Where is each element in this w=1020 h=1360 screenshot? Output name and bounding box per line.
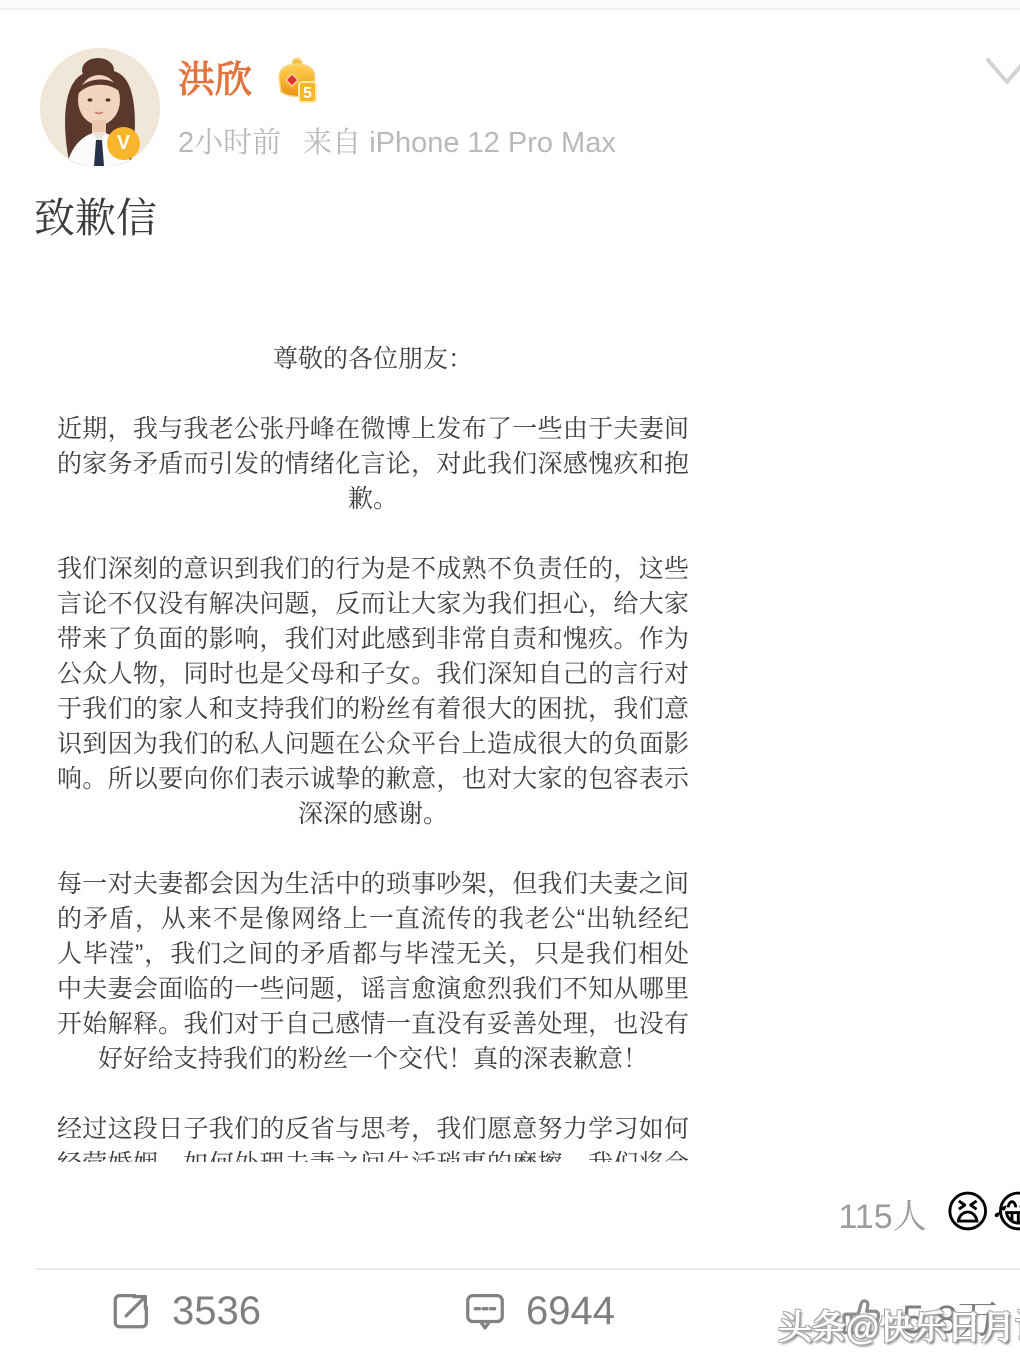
laughing-emoji: 😂 bbox=[993, 1186, 1020, 1240]
tired-face-emoji: 😫 bbox=[945, 1186, 991, 1240]
vip-crown-level5-icon: 5 bbox=[272, 56, 322, 110]
watermark: 头条@快乐日月谈 bbox=[778, 1300, 1020, 1349]
letter-paragraph: 近期，我与我老公张丹峰在微博上发布了一些由于夫妻间的家务矛盾而引发的情绪化言论，… bbox=[57, 412, 689, 517]
weibo-post: V 洪欣 5 2小时前来自 iPhone 12 Pro Max 致歉信 尊敬的各… bbox=[0, 0, 1020, 1360]
reactions-row[interactable]: 115人 😫 😂 bbox=[838, 1186, 1020, 1240]
avatar-image bbox=[40, 48, 160, 168]
author-name[interactable]: 洪欣 bbox=[178, 56, 252, 104]
comment-button[interactable]: 6944 bbox=[462, 1288, 615, 1334]
letter-paragraph: 经过这段日子我们的反省与思考，我们愿意努力学习如何经营婚姻，如何处理夫妻之间生活… bbox=[57, 1112, 689, 1162]
post-meta: 2小时前来自 iPhone 12 Pro Max bbox=[178, 124, 616, 162]
post-source[interactable]: 来自 iPhone 12 Pro Max bbox=[303, 127, 616, 159]
letter-salutation: 尊敬的各位朋友： bbox=[57, 342, 689, 377]
svg-text:5: 5 bbox=[303, 85, 312, 102]
post-title: 致歉信 bbox=[34, 192, 157, 244]
letter-paragraph: 每一对夫妻都会因为生活中的琐事吵架，但我们夫妻之间的矛盾，从来不是像网络上一直流… bbox=[57, 867, 689, 1077]
repost-icon bbox=[108, 1288, 154, 1334]
comment-count: 6944 bbox=[526, 1289, 615, 1334]
toolbar-divider bbox=[35, 1268, 1020, 1270]
top-divider bbox=[0, 0, 1020, 10]
apology-letter-image[interactable]: 尊敬的各位朋友： 近期，我与我老公张丹峰在微博上发布了一些由于夫妻间的家务矛盾而… bbox=[57, 342, 689, 1162]
repost-button[interactable]: 3536 bbox=[108, 1288, 261, 1334]
avatar[interactable] bbox=[40, 48, 160, 168]
chevron-down-icon[interactable] bbox=[984, 52, 1020, 90]
comment-icon bbox=[462, 1288, 508, 1334]
reaction-count[interactable]: 115人 bbox=[838, 1189, 926, 1238]
verified-v-badge: V bbox=[107, 127, 140, 160]
repost-count: 3536 bbox=[172, 1289, 261, 1334]
letter-paragraph: 我们深刻的意识到我们的行为是不成熟不负责任的，这些言论不仅没有解决问题，反而让大… bbox=[57, 552, 689, 832]
post-time: 2小时前 bbox=[178, 127, 281, 159]
